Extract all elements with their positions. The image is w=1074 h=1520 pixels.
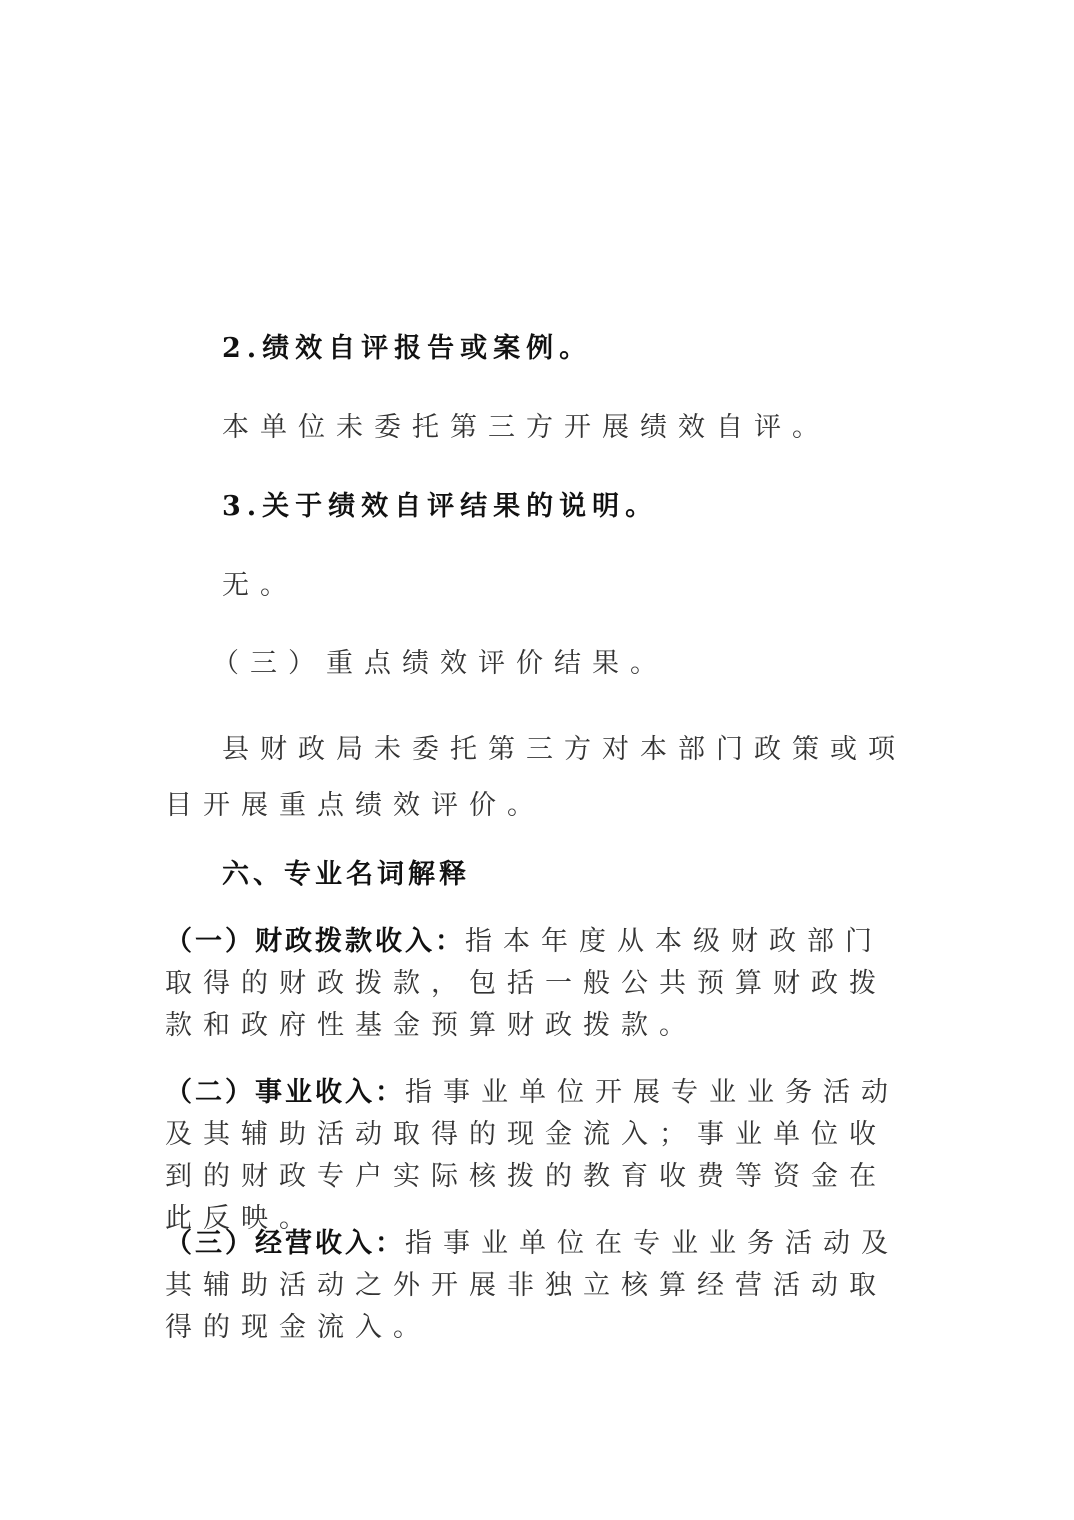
definition-term: （三）经营收入： <box>165 1228 405 1259</box>
subheading-key-evaluation-results: （三）重点绩效评价结果。 <box>165 643 913 685</box>
definition-term: （一）财政拨款收入： <box>165 926 465 957</box>
paragraph-self-evaluation-results: 无。 <box>165 565 913 607</box>
paragraph-self-evaluation-report: 本单位未委托第三方开展绩效自评。 <box>165 407 913 449</box>
subheading-self-evaluation-report: 2.绩效自评报告或案例。 <box>165 328 913 370</box>
definition-fiscal-appropriation-income: （一）财政拨款收入：指本年度从本级财政部门取得的财政拨款，包括一般公共预算财政拨… <box>165 921 913 1047</box>
definition-operating-income: （三）经营收入：指事业单位在专业业务活动及其辅助活动之外开展非独立核算经营活动取… <box>165 1223 913 1349</box>
paragraph-key-evaluation-results: 县财政局未委托第三方对本部门政策或项目开展重点绩效评价。 <box>165 722 913 834</box>
section-heading-glossary: 六、专业名词解释 <box>165 854 913 896</box>
definition-term: （二）事业收入： <box>165 1077 405 1108</box>
definition-business-income: （二）事业收入：指事业单位开展专业业务活动及其辅助活动取得的现金流入；事业单位收… <box>165 1072 913 1240</box>
subheading-self-evaluation-results: 3.关于绩效自评结果的说明。 <box>165 486 913 528</box>
document-page: 2.绩效自评报告或案例。 本单位未委托第三方开展绩效自评。 3.关于绩效自评结果… <box>0 0 1074 1520</box>
